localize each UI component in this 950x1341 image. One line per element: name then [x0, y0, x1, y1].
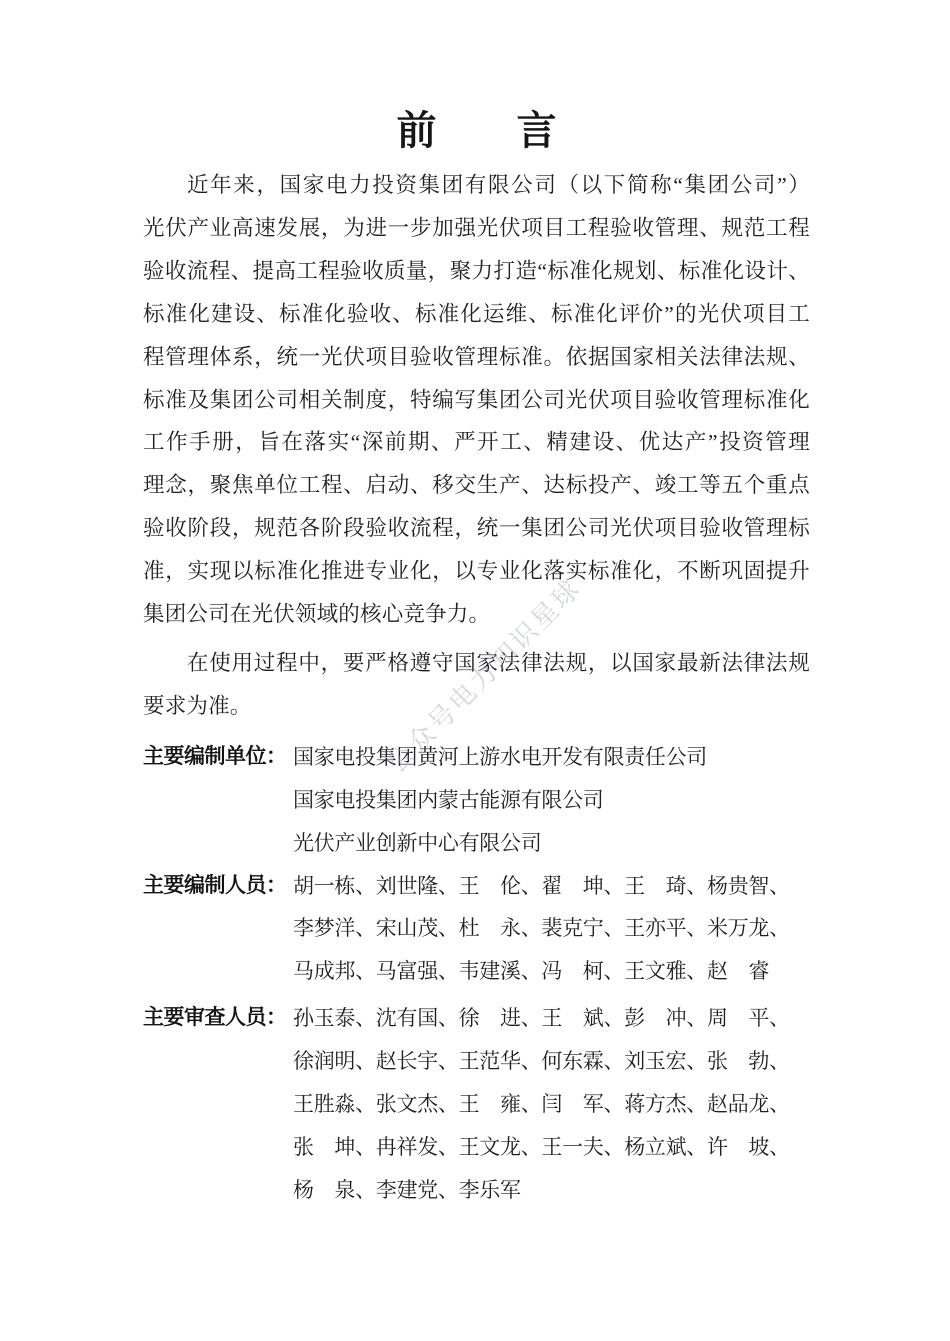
paragraph-line: 准，实现以标准化推进专业化，以专业化落实标准化，不断巩固提升	[143, 550, 810, 593]
unit-name: 光伏产业创新中心有限公司	[293, 822, 810, 865]
paragraph-line: 标准及集团公司相关制度，特编写集团公司光伏项目验收管理标准化	[143, 379, 810, 422]
paragraph-line: 光伏产业高速发展，为进一步加强光伏项目工程验收管理、规范工程	[143, 207, 810, 250]
compiling-units-row: 主要编制单位： 国家电投集团黄河上游水电开发有限责任公司 国家电投集团内蒙古能源…	[143, 736, 810, 865]
reviewer-names-line: 杨 泉、李建党、李乐军	[293, 1169, 810, 1212]
page-title: 前 言	[143, 106, 810, 156]
unit-name: 国家电投集团内蒙古能源有限公司	[293, 779, 810, 822]
paragraph-line: 理念，聚焦单位工程、启动、移交生产、达标投产、竣工等五个重点	[143, 464, 810, 507]
reviewer-names-line: 徐润明、赵长宇、王范华、何东霖、刘玉宏、张 勃、	[293, 1040, 810, 1083]
document-page: 公众号电力知识星球 前 言 近年来，国家电力投资集团有限公司（以下简称“集团公司…	[0, 0, 950, 1341]
reviewers-row: 主要审查人员： 孙玉泰、沈有国、徐 进、王 斌、彭 冲、周 平、 徐润明、赵长宇…	[143, 997, 810, 1212]
paragraph-line: 验收流程、提高工程验收质量，聚力打造“标准化规划、标准化设计、	[143, 250, 810, 293]
preface-paragraph-2: 在使用过程中，要严格遵守国家法律法规，以国家最新法律法规 要求为准。	[143, 642, 810, 728]
paragraph-line: 标准化建设、标准化验收、标准化运维、标准化评价”的光伏项目工	[143, 293, 810, 336]
compilers-row: 主要编制人员： 胡一栋、刘世隆、王 伦、翟 坤、王 琦、杨贵智、 李梦洋、宋山茂…	[143, 865, 810, 994]
reviewers-label: 主要审查人员：	[143, 997, 293, 1040]
compiling-units-list: 国家电投集团黄河上游水电开发有限责任公司 国家电投集团内蒙古能源有限公司 光伏产…	[293, 736, 810, 865]
paragraph-line: 集团公司在光伏领域的核心竞争力。	[143, 593, 810, 636]
reviewer-names-line: 张 坤、冉祥发、王文龙、王一夫、杨立斌、许 坡、	[293, 1126, 810, 1169]
compilers-list: 胡一栋、刘世隆、王 伦、翟 坤、王 琦、杨贵智、 李梦洋、宋山茂、杜 永、裴克宁…	[293, 865, 810, 994]
compiler-names-line: 李梦洋、宋山茂、杜 永、裴克宁、王亦平、米万龙、	[293, 907, 810, 950]
unit-name: 国家电投集团黄河上游水电开发有限责任公司	[293, 736, 810, 779]
compiler-names-line: 马成邦、马富强、韦建溪、冯 柯、王文雅、赵 睿	[293, 950, 810, 993]
credits-block: 主要编制单位： 国家电投集团黄河上游水电开发有限责任公司 国家电投集团内蒙古能源…	[143, 736, 810, 1212]
paragraph-line: 验收阶段，规范各阶段验收流程，统一集团公司光伏项目验收管理标	[143, 507, 810, 550]
compilers-label: 主要编制人员：	[143, 865, 293, 908]
reviewer-names-line: 孙玉泰、沈有国、徐 进、王 斌、彭 冲、周 平、	[293, 997, 810, 1040]
preface-paragraph-1: 近年来，国家电力投资集团有限公司（以下简称“集团公司”） 光伏产业高速发展，为进…	[143, 164, 810, 636]
reviewers-list: 孙玉泰、沈有国、徐 进、王 斌、彭 冲、周 平、 徐润明、赵长宇、王范华、何东霖…	[293, 997, 810, 1212]
paragraph-line: 近年来，国家电力投资集团有限公司（以下简称“集团公司”）	[143, 164, 810, 207]
paragraph-line: 程管理体系，统一光伏项目验收管理标准。依据国家相关法律法规、	[143, 336, 810, 379]
paragraph-line: 在使用过程中，要严格遵守国家法律法规，以国家最新法律法规	[143, 642, 810, 685]
compiling-units-label: 主要编制单位：	[143, 736, 293, 779]
paragraph-line: 工作手册，旨在落实“深前期、严开工、精建设、优达产”投资管理	[143, 421, 810, 464]
reviewer-names-line: 王胜淼、张文杰、王 雍、闫 军、蒋方杰、赵品龙、	[293, 1083, 810, 1126]
compiler-names-line: 胡一栋、刘世隆、王 伦、翟 坤、王 琦、杨贵智、	[293, 865, 810, 908]
paragraph-line: 要求为准。	[143, 685, 810, 728]
